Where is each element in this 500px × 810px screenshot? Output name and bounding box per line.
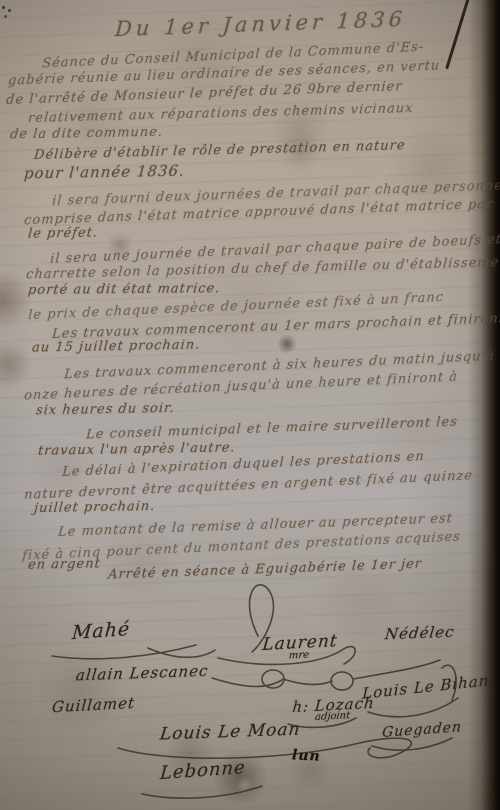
signature-name: allain Lescanec xyxy=(75,662,209,685)
manuscript-line: en argent xyxy=(27,556,101,572)
signature-guegaden: Guegaden xyxy=(382,719,463,741)
manuscript-line: travaux l'un après l'autre. xyxy=(37,440,236,458)
manuscript-line: le préfet. xyxy=(27,225,98,241)
manuscript-line: juillet prochain. xyxy=(33,499,156,516)
signature-name: Guillamet xyxy=(51,694,136,716)
manuscript-line: Arrêté en séance à Eguigabérie le 1er je… xyxy=(108,556,423,582)
signature-name: Lebonne xyxy=(159,757,246,784)
signature-lebonne: Lebonne xyxy=(159,757,246,784)
signature-name: Mahé xyxy=(71,618,131,644)
signature-name: Nédélec xyxy=(384,623,455,644)
manuscript-line: Délibère d'établir le rôle de prestation… xyxy=(33,138,406,163)
signature-small-mark: lun xyxy=(292,747,321,764)
date-heading: Du 1er Janvier 1836 xyxy=(114,7,407,41)
ink-mark-top-left xyxy=(2,6,5,9)
signature-lozach-adjoint: h: Lozach adjoint xyxy=(291,694,376,724)
signature-name: lun xyxy=(292,747,321,764)
signature-mahe: Mahé xyxy=(71,618,131,644)
manuscript-line: porté au dit état matrice. xyxy=(27,281,221,298)
manuscript-line: de la dite commune. xyxy=(9,125,163,143)
signature-guillamet: Guillamet xyxy=(51,694,136,716)
signature-laurent-maire: Laurent mre xyxy=(261,631,339,663)
signature-louis-le-moan: Louis Le Moan xyxy=(159,720,302,745)
manuscript-page: Du 1er Janvier 1836 Séance du Conseil Mu… xyxy=(0,0,500,810)
manuscript-line: six heures du soir. xyxy=(35,401,175,418)
signature-name: Guegaden xyxy=(382,719,463,741)
signature-louis-le-bihan: Louis Le Bihan xyxy=(362,671,490,703)
signature-name: Louis Le Bihan xyxy=(362,671,490,703)
binding-top-crease xyxy=(445,0,471,69)
manuscript-line: pour l'année 1836. xyxy=(23,162,185,183)
manuscript-line: Le conseil municipal et le maire surveil… xyxy=(86,414,459,442)
signature-allain-lescanec: allain Lescanec xyxy=(75,662,209,685)
signature-nedelec: Nédélec xyxy=(384,623,455,644)
manuscript-line: au 15 juillet prochain. xyxy=(31,338,201,356)
signature-name: Louis Le Moan xyxy=(159,720,302,745)
